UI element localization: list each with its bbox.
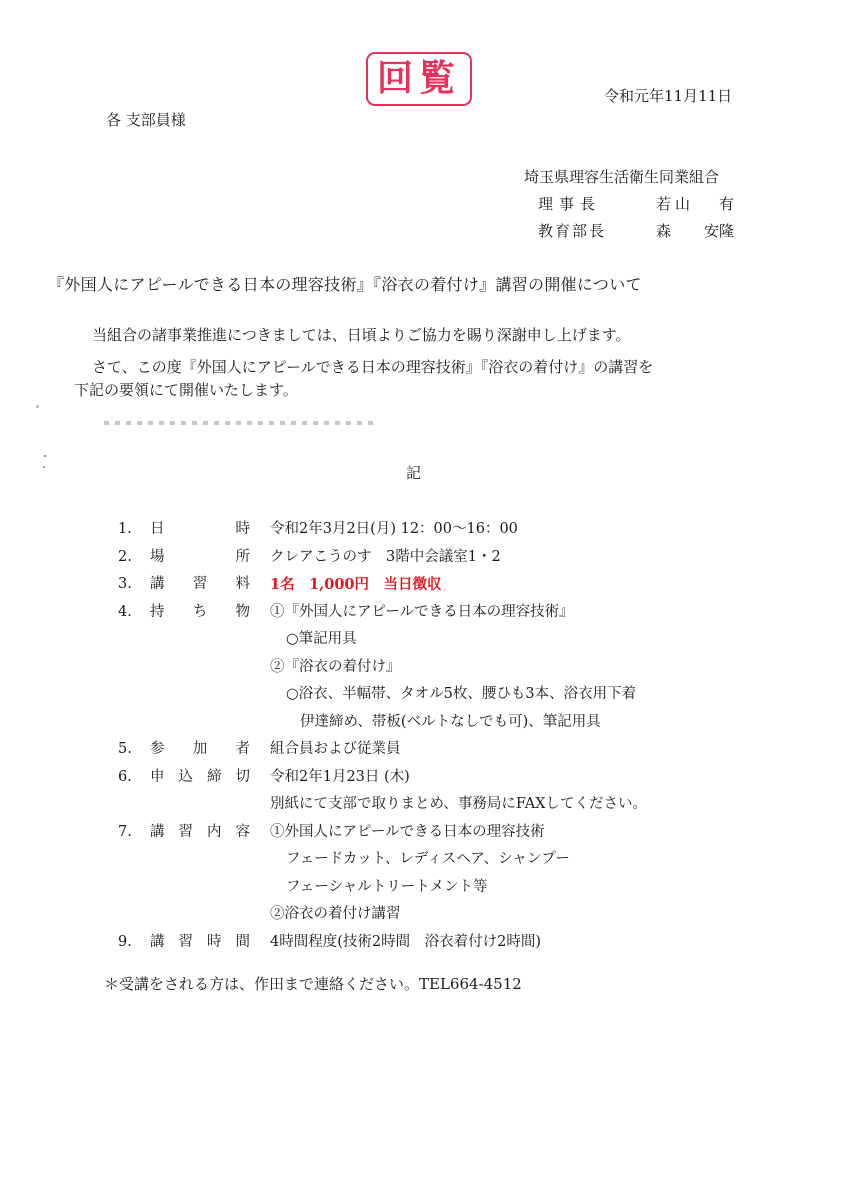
scan-speck <box>43 466 45 468</box>
item-value: 組合員および従業員 <box>270 736 401 764</box>
details-list: 1. 日 時 令和2年3月2日(月) 12：00～16：00 2. 場 所 クレ… <box>118 516 647 956</box>
list-item-continuation: ○浴衣、半幅帯、タオル5枚、腰ひも3本、浴衣用下着 <box>118 681 647 709</box>
item-value: ○筆記用具 <box>270 626 357 654</box>
list-item-deadline: 6. 申 込 締 切 令和2年1月23日 (木) <box>118 764 647 792</box>
item-value: 令和2年1月23日 (木) <box>270 764 410 792</box>
sender-organization: 埼玉県理容生活衛生同業組合 <box>524 164 734 191</box>
list-item-continuation: ②『浴衣の着付け』 <box>118 654 647 682</box>
list-item-continuation: ②浴衣の着付け講習 <box>118 901 647 929</box>
list-item-participants: 5. 参 加 者 組合員および従業員 <box>118 736 647 764</box>
list-item-continuation: 伊達締め、帯板(ベルトなしでも可)、筆記用具 <box>118 709 647 737</box>
officer-education-head: 教育部長 森 安隆 <box>524 218 734 245</box>
scan-artifact-line <box>104 421 374 425</box>
list-item-venue: 2. 場 所 クレアこうのす 3階中会議室1・2 <box>118 544 647 572</box>
fee-value: 1名 1,000円 当日徴収 <box>270 571 442 599</box>
officer-role: 理事長 <box>524 191 656 218</box>
item-value: 4時間程度(技術2時間 浴衣着付け2時間) <box>270 929 541 957</box>
item-label: 講 習 内 容 <box>150 819 270 847</box>
list-item-fee: 3. 講 習 料 1名 1,000円 当日徴収 <box>118 571 647 599</box>
sender-block: 埼玉県理容生活衛生同業組合 理事長 若山 有 教育部長 森 安隆 <box>524 164 734 245</box>
list-item-continuation: ○筆記用具 <box>118 626 647 654</box>
list-item-datetime: 1. 日 時 令和2年3月2日(月) 12：00～16：00 <box>118 516 647 544</box>
item-value: ①『外国人にアピールできる日本の理容技術』 <box>270 599 574 627</box>
body-line-2: さて、この度『外国人にアピールできる日本の理容技術』『浴衣の着付け』の講習を <box>92 356 653 377</box>
list-item-continuation: フェードカット、レディスヘア、シャンプー <box>118 846 647 874</box>
item-value: ○浴衣、半幅帯、タオル5枚、腰ひも3本、浴衣用下着 <box>270 681 636 709</box>
kairan-stamp: 回覧 <box>366 52 472 106</box>
officer-role: 教育部長 <box>524 218 656 245</box>
recipient: 各 支部員様 <box>106 110 186 130</box>
item-value: クレアこうのす 3階中会議室1・2 <box>270 544 501 572</box>
item-value: ②浴衣の着付け講習 <box>270 901 401 929</box>
scan-speck <box>36 405 39 408</box>
item-value: ①外国人にアピールできる日本の理容技術 <box>270 819 545 847</box>
document-title: 『外国人にアピールできる日本の理容技術』『浴衣の着付け』講習の開催について <box>48 272 642 295</box>
body-line-1: 当組合の諸事業推進につきましては、日頃よりご協力を賜り深謝申し上げます。 <box>92 324 631 345</box>
item-label: 参 加 者 <box>150 736 270 764</box>
list-item-continuation: 別紙にて支部で取りまとめ、事務局にFAXしてください。 <box>118 791 647 819</box>
item-label: 場 所 <box>150 544 270 572</box>
footer-note: ＊受講をされる方は、作田まで連絡ください。TEL664-4512 <box>104 974 522 994</box>
document-date: 令和元年11月11日 <box>604 86 732 106</box>
item-value: 伊達締め、帯板(ベルトなしでも可)、筆記用具 <box>270 709 601 737</box>
item-value: フェーシャルトリートメント等 <box>270 874 488 902</box>
item-label: 講 習 時 間 <box>150 929 270 957</box>
officer-chairman: 理事長 若山 有 <box>524 191 734 218</box>
item-label: 申 込 締 切 <box>150 764 270 792</box>
list-item-belongings: 4. 持 ち 物 ①『外国人にアピールできる日本の理容技術』 <box>118 599 647 627</box>
body-line-3: 下記の要領にて開催いたします。 <box>74 379 298 400</box>
ki-heading: 記 <box>406 462 421 483</box>
item-label: 講 習 料 <box>150 571 270 599</box>
item-value: 令和2年3月2日(月) 12：00～16：00 <box>270 516 518 544</box>
item-value: フェードカット、レディスヘア、シャンプー <box>270 846 570 874</box>
list-item-content: 7. 講 習 内 容 ①外国人にアピールできる日本の理容技術 <box>118 819 647 847</box>
list-item-duration: 9. 講 習 時 間 4時間程度(技術2時間 浴衣着付け2時間) <box>118 929 647 957</box>
officer-name: 森 安隆 <box>656 218 734 245</box>
scan-speck <box>44 455 46 457</box>
list-item-continuation: フェーシャルトリートメント等 <box>118 874 647 902</box>
item-label: 日 時 <box>150 516 270 544</box>
item-label: 持 ち 物 <box>150 599 270 627</box>
item-value: ②『浴衣の着付け』 <box>270 654 401 682</box>
officer-name: 若山 有 <box>656 191 734 218</box>
item-value: 別紙にて支部で取りまとめ、事務局にFAXしてください。 <box>270 791 647 819</box>
